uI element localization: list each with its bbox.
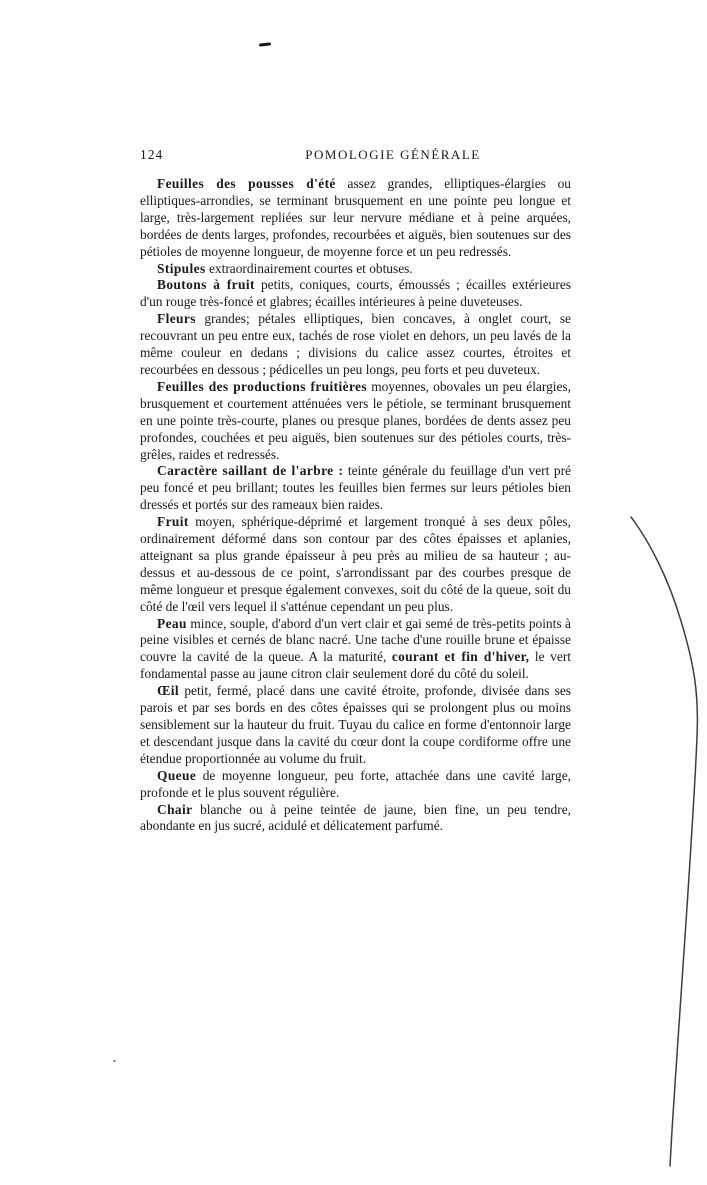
paragraph-queue: Queue de moyenne longueur, peu forte, at… <box>140 768 571 802</box>
paragraph-body: blanche ou à peine teintée de jaune, bie… <box>140 802 571 834</box>
paragraph-oeil: Œil petit, fermé, placé dans une cavité … <box>140 683 571 768</box>
paragraph-lead: Feuilles des productions fruitières <box>157 379 367 394</box>
paragraph-lead: Queue <box>157 768 196 783</box>
paragraph-body: grandes; pétales elliptiques, bien conca… <box>140 311 571 377</box>
ink-smudge-artifact <box>259 42 271 46</box>
paragraph-body: moyen, sphérique-déprimé et largement tr… <box>140 514 571 614</box>
paragraph-stipules: Stipules extraordinairement courtes et o… <box>140 261 571 278</box>
paragraph-fruit: Fruit moyen, sphérique-déprimé et largem… <box>140 514 571 615</box>
paragraph-lead: Œil <box>157 683 179 698</box>
paragraph-caractere-saillant: Caractère saillant de l'arbre : teinte g… <box>140 463 571 514</box>
ink-speck-artifact <box>113 1060 116 1062</box>
running-title: POMOLOGIE GÉNÉRALE <box>178 147 608 163</box>
paragraph-lead: Fruit <box>157 514 189 529</box>
page-number: 124 <box>140 147 163 163</box>
paragraph-lead: Stipules <box>157 261 206 276</box>
paragraph-bold-phrase: courant et fin d'hiver, <box>392 649 529 664</box>
paragraph-feuilles-productions-fruitieres: Feuilles des productions fruitières moye… <box>140 379 571 464</box>
paragraph-body: petit, fermé, placé dans une cavité étro… <box>140 683 571 766</box>
paragraph-body: de moyenne longueur, peu forte, attachée… <box>140 768 571 800</box>
paragraph-feuilles-pousses-ete: Feuilles des pousses d'été assez grandes… <box>140 176 571 261</box>
paragraph-peau: Peau mince, souple, d'abord d'un vert cl… <box>140 616 571 684</box>
paragraph-body: extraordinairement courtes et obtuses. <box>206 261 413 276</box>
paragraph-lead: Feuilles des pousses d'été <box>157 176 336 191</box>
book-page-scan: 124 POMOLOGIE GÉNÉRALE Feuilles des pous… <box>0 0 707 1185</box>
page-header: 124 POMOLOGIE GÉNÉRALE <box>140 147 570 167</box>
paragraph-lead: Fleurs <box>157 311 196 326</box>
paragraph-lead: Chair <box>157 802 192 817</box>
paragraph-chair: Chair blanche ou à peine teintée de jaun… <box>140 802 571 836</box>
paragraph-lead: Boutons à fruit <box>157 277 255 292</box>
paragraph-boutons-a-fruit: Boutons à fruit petits, coniques, courts… <box>140 277 571 311</box>
page-body-text: Feuilles des pousses d'été assez grandes… <box>140 176 571 835</box>
paragraph-fleurs: Fleurs grandes; pétales elliptiques, bie… <box>140 311 571 379</box>
paragraph-lead: Caractère saillant de l'arbre : <box>157 463 343 478</box>
paragraph-lead: Peau <box>157 616 187 631</box>
